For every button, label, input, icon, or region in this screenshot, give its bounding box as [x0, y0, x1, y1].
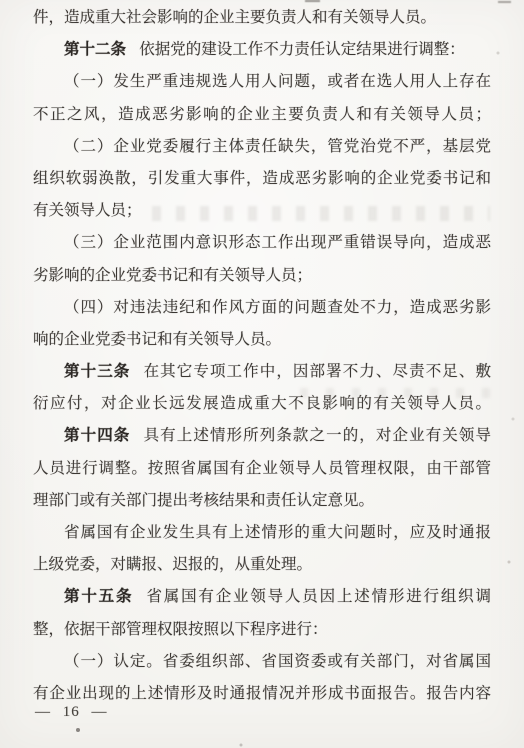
line-text: 上级党委，对瞒报、迟报的，从重处理。	[33, 556, 312, 573]
line-text: （一）发生严重违规选人用人问题，或者在选人用人上存在	[64, 73, 491, 90]
text-line: （一）认定。省委组织部、省国资委或有关部门，对省属国	[33, 646, 491, 678]
document-body: 件，造成重大社会影响的企业主要负责人和有关领导人员。第十二条依据党的建设工作不力…	[33, 2, 491, 710]
line-text: 有关领导人员；	[33, 202, 142, 219]
paragraph: （三）企业范围内意识形态工作出现严重错误导向，造成恶劣影响的企业党委书记和有关领…	[33, 227, 491, 291]
text-line: 理部门或有关部门提出考核结果和责任认定意见。	[33, 485, 491, 517]
line-text: 有企业出现的上述情形及时通报情况并形成书面报告。报告内容	[33, 685, 491, 702]
text-line: （四）对违法违纪和作风方面的问题查处不力，造成恶劣影	[33, 292, 491, 324]
line-text: 不正之风，造成恶劣影响的企业主要负责人和有关领导人员；	[33, 106, 491, 123]
paragraph: 省属国有企业发生具有上述情形的重大问题时，应及时通报上级党委，对瞒报、迟报的，从…	[33, 517, 491, 581]
line-text: 人员进行调整。按照省属国有企业领导人员管理权限，由干部管	[33, 460, 491, 477]
line-text: 整，依据干部管理权限按照以下程序进行：	[33, 621, 328, 638]
line-text: 省属国有企业领导人员因上述情形进行组织调	[146, 588, 491, 605]
line-text: 响的企业党委书记和有关领导人员。	[33, 331, 281, 348]
line-text: 劣影响的企业党委书记和有关领导人员；	[33, 267, 312, 284]
article-number: 第十四条	[64, 427, 130, 444]
paragraph: （二）企业党委履行主体责任缺失，管党治党不严，基层党组织软弱涣散，引发重大事件，…	[33, 131, 491, 228]
paragraph: 第十三条在其它专项工作中，因部署不力、尽责不足、敷衍应付，对企业长远发展造成重大…	[33, 356, 491, 420]
scan-edge-mark	[498, 1, 511, 3]
paragraph: （一）认定。省委组织部、省国资委或有关部门，对省属国有企业出现的上述情形及时通报…	[33, 646, 491, 710]
scanned-page: 件，造成重大社会影响的企业主要负责人和有关领导人员。第十二条依据党的建设工作不力…	[0, 0, 524, 748]
line-text: 组织软弱涣散，引发重大事件，造成恶劣影响的企业党委书记和	[33, 170, 491, 187]
text-line: 上级党委，对瞒报、迟报的，从重处理。	[33, 549, 491, 581]
paragraph: （一）发生严重违规选人用人问题，或者在选人用人上存在不正之风，造成恶劣影响的企业…	[33, 66, 491, 130]
text-line: 衍应付，对企业长远发展造成重大不良影响的有关领导人员。	[33, 388, 491, 420]
line-text: 理部门或有关部门提出考核结果和责任认定意见。	[33, 492, 374, 509]
text-line: （一）发生严重违规选人用人问题，或者在选人用人上存在	[33, 66, 491, 98]
line-text: （四）对违法违纪和作风方面的问题查处不力，造成恶劣影	[64, 299, 491, 316]
article-number: 第十二条	[64, 41, 126, 58]
text-line: 省属国有企业发生具有上述情形的重大问题时，应及时通报	[33, 517, 491, 549]
text-line: 第十二条依据党的建设工作不力责任认定结果进行调整：	[33, 34, 491, 66]
scan-speck-dots	[0, 0, 2, 2]
text-line: 第十三条在其它专项工作中，因部署不力、尽责不足、敷	[33, 356, 491, 388]
page-number: — 16 —	[35, 704, 108, 721]
text-line: 组织软弱涣散，引发重大事件，造成恶劣影响的企业党委书记和	[33, 163, 491, 195]
line-text: （二）企业党委履行主体责任缺失，管党治党不严，基层党	[64, 138, 491, 155]
text-line: 第十四条具有上述情形所列条款之一的，对企业有关领导	[33, 420, 491, 452]
article-number: 第十三条	[64, 363, 130, 380]
text-line: （三）企业范围内意识形态工作出现严重错误导向，造成恶	[33, 227, 491, 259]
line-text: （三）企业范围内意识形态工作出现严重错误导向，造成恶	[64, 234, 491, 251]
line-text: 衍应付，对企业长远发展造成重大不良影响的有关领导人员。	[33, 395, 491, 412]
line-text: （一）认定。省委组织部、省国资委或有关部门，对省属国	[64, 653, 491, 670]
paragraph: 第十五条省属国有企业领导人员因上述情形进行组织调整，依据干部管理权限按照以下程序…	[33, 581, 491, 645]
line-text: 件，造成重大社会影响的企业主要负责人和有关领导人员。	[33, 9, 436, 26]
text-line: 有关领导人员；	[33, 195, 491, 227]
paragraph: 第十二条依据党的建设工作不力责任认定结果进行调整：	[33, 34, 491, 66]
line-text: 具有上述情形所列条款之一的，对企业有关领导	[144, 427, 491, 444]
paragraph: 第十四条具有上述情形所列条款之一的，对企业有关领导人员进行调整。按照省属国有企业…	[33, 420, 491, 517]
article-number: 第十五条	[64, 588, 133, 605]
text-line: 不正之风，造成恶劣影响的企业主要负责人和有关领导人员；	[33, 99, 491, 131]
text-line: 劣影响的企业党委书记和有关领导人员；	[33, 260, 491, 292]
scan-edge-mark	[305, 0, 320, 2]
text-line: 人员进行调整。按照省属国有企业领导人员管理权限，由干部管	[33, 453, 491, 485]
line-text: 在其它专项工作中，因部署不力、尽责不足、敷	[144, 363, 491, 380]
text-line: 整，依据干部管理权限按照以下程序进行：	[33, 614, 491, 646]
text-line: 响的企业党委书记和有关领导人员。	[33, 324, 491, 356]
line-text: 省属国有企业发生具有上述情形的重大问题时，应及时通报	[64, 524, 491, 541]
paragraph: 件，造成重大社会影响的企业主要负责人和有关领导人员。	[33, 2, 491, 34]
paragraph: （四）对违法违纪和作风方面的问题查处不力，造成恶劣影响的企业党委书记和有关领导人…	[33, 292, 491, 356]
text-line: 第十五条省属国有企业领导人员因上述情形进行组织调	[33, 581, 491, 613]
text-line: （二）企业党委履行主体责任缺失，管党治党不严，基层党	[33, 131, 491, 163]
line-text: 依据党的建设工作不力责任认定结果进行调整：	[139, 41, 465, 58]
text-line: 件，造成重大社会影响的企业主要负责人和有关领导人员。	[33, 2, 491, 34]
